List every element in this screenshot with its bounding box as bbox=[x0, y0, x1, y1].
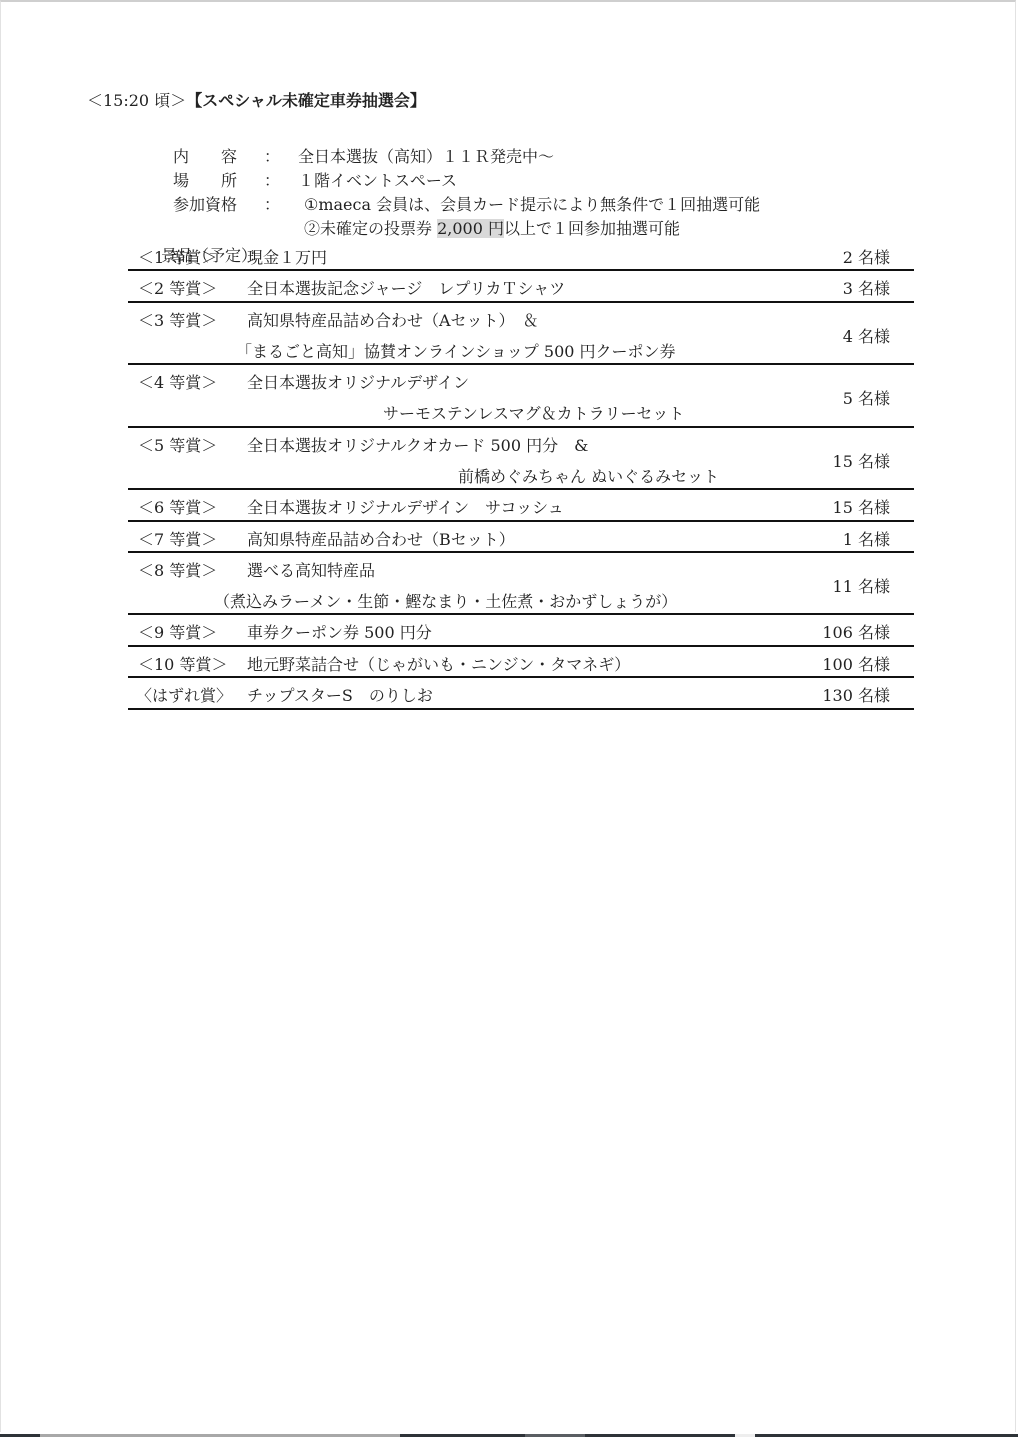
eligibility-2-suffix: 以上で１回参加抽選可能 bbox=[504, 219, 680, 238]
place-sep: ： bbox=[264, 171, 280, 191]
prize-item: 全日本選抜オリジナルデザイン bbox=[247, 370, 469, 393]
prize-item: チップスターS のりしお bbox=[247, 683, 433, 706]
prize-rank: ＜5 等賞＞ bbox=[138, 433, 217, 456]
prize-row: 〈はずれ賞〉 チップスターS のりしお 130 名様 bbox=[128, 678, 914, 710]
place-value: １階イベントスペース bbox=[298, 171, 457, 191]
prize-row: ＜7 等賞＞ 高知県特産品詰め合わせ（Bセット） 1 名様 bbox=[128, 522, 914, 553]
prize-item-line2: 「まるごと高知」協賛オンラインショップ 500 円クーポン券 bbox=[236, 339, 676, 362]
prize-count: 106 名様 bbox=[822, 620, 890, 643]
content-label: 内 容 bbox=[173, 147, 237, 167]
prize-count: 2 名様 bbox=[843, 245, 890, 268]
prize-item-line2: 前橋めぐみちゃん ぬいぐるみセット bbox=[458, 464, 719, 487]
prize-row: ＜5 等賞＞ 全日本選抜オリジナルクオカード 500 円分 & 前橋めぐみちゃん… bbox=[128, 428, 914, 490]
eligibility-sep: ： bbox=[264, 195, 280, 215]
event-time: ＜15:20 頃＞ bbox=[87, 91, 186, 110]
highlighted-amount: 2,000 円 bbox=[437, 219, 504, 238]
prize-count: 11 名様 bbox=[833, 574, 890, 597]
prize-list: ＜1 等賞＞ 現金１万円 2 名様 ＜2 等賞＞ 全日本選抜記念ジャージ レプリ… bbox=[128, 242, 914, 710]
content-value: 全日本選抜（高知）１１Ｒ発売中～ bbox=[298, 147, 554, 167]
prize-item: 高知県特産品詰め合わせ（Bセット） bbox=[247, 527, 515, 550]
prize-item: 選べる高知特産品 bbox=[247, 558, 375, 581]
prize-row: ＜1 等賞＞ 現金１万円 2 名様 bbox=[128, 242, 914, 271]
document-page: ＜15:20 頃＞【スペシャル未確定車券抽選会】 内 容 ： 全日本選抜（高知）… bbox=[0, 0, 1016, 1432]
prize-rank: ＜2 等賞＞ bbox=[138, 276, 217, 299]
prize-count: 130 名様 bbox=[822, 683, 890, 706]
prize-count: 100 名様 bbox=[822, 652, 890, 675]
prize-count: 15 名様 bbox=[833, 495, 890, 518]
prize-count: 15 名様 bbox=[833, 449, 890, 472]
eligibility-item-2: ②未確定の投票券 2,000 円以上で１回参加抽選可能 bbox=[304, 219, 680, 239]
prize-rank: ＜9 等賞＞ bbox=[138, 620, 217, 643]
prize-item: 全日本選抜オリジナルクオカード 500 円分 & bbox=[247, 433, 588, 456]
prize-rank: ＜4 等賞＞ bbox=[138, 370, 217, 393]
prize-rank: ＜7 等賞＞ bbox=[138, 527, 217, 550]
prize-item: 全日本選抜記念ジャージ レプリカＴシャツ bbox=[247, 276, 565, 299]
prize-item: 車券クーポン券 500 円分 bbox=[247, 620, 432, 643]
prize-row: ＜2 等賞＞ 全日本選抜記念ジャージ レプリカＴシャツ 3 名様 bbox=[128, 271, 914, 303]
prize-item-line2: （煮込みラーメン・生節・鰹なまり・土佐煮・おかずしょうが） bbox=[214, 589, 677, 612]
prize-row: ＜3 等賞＞ 高知県特産品詰め合わせ（Aセット） ＆ 「まるごと高知」協賛オンラ… bbox=[128, 303, 914, 365]
prize-item: 高知県特産品詰め合わせ（Aセット） ＆ bbox=[247, 308, 539, 331]
place-label: 場 所 bbox=[173, 171, 237, 191]
event-title: 【スペシャル未確定車券抽選会】 bbox=[186, 91, 426, 110]
prize-count: 1 名様 bbox=[843, 527, 890, 550]
eligibility-item-1: ①maeca 会員は、会員カード提示により無条件で１回抽選可能 bbox=[304, 195, 760, 215]
eligibility-2-prefix: ②未確定の投票券 bbox=[304, 219, 437, 238]
prize-rank: 〈はずれ賞〉 bbox=[136, 683, 232, 706]
prize-rank: ＜1 等賞＞ bbox=[138, 245, 217, 268]
prize-rank: ＜8 等賞＞ bbox=[138, 558, 217, 581]
prize-count: 3 名様 bbox=[843, 276, 890, 299]
event-heading: ＜15:20 頃＞【スペシャル未確定車券抽選会】 bbox=[87, 91, 426, 111]
prize-rank: ＜10 等賞＞ bbox=[138, 652, 227, 675]
prize-rank: ＜6 等賞＞ bbox=[138, 495, 217, 518]
prize-row: ＜9 等賞＞ 車券クーポン券 500 円分 106 名様 bbox=[128, 615, 914, 647]
prize-item: 全日本選抜オリジナルデザイン サコッシュ bbox=[247, 495, 564, 518]
prize-count: 4 名様 bbox=[843, 324, 890, 347]
content-sep: ： bbox=[264, 147, 280, 167]
prize-rank: ＜3 等賞＞ bbox=[138, 308, 217, 331]
prize-item-line2: サーモステンレスマグ＆カトラリーセット bbox=[383, 401, 684, 424]
prize-count: 5 名様 bbox=[843, 386, 890, 409]
prize-row: ＜6 等賞＞ 全日本選抜オリジナルデザイン サコッシュ 15 名様 bbox=[128, 490, 914, 522]
prize-row: ＜4 等賞＞ 全日本選抜オリジナルデザイン サーモステンレスマグ＆カトラリーセッ… bbox=[128, 365, 914, 428]
eligibility-label: 参加資格 bbox=[173, 195, 237, 215]
prize-item: 現金１万円 bbox=[247, 245, 327, 268]
prize-row: ＜8 等賞＞ 選べる高知特産品 （煮込みラーメン・生節・鰹なまり・土佐煮・おかず… bbox=[128, 553, 914, 615]
prize-item: 地元野菜詰合せ（じゃがいも・ニンジン・タマネギ） bbox=[247, 652, 630, 675]
prize-row: ＜10 等賞＞ 地元野菜詰合せ（じゃがいも・ニンジン・タマネギ） 100 名様 bbox=[128, 647, 914, 678]
